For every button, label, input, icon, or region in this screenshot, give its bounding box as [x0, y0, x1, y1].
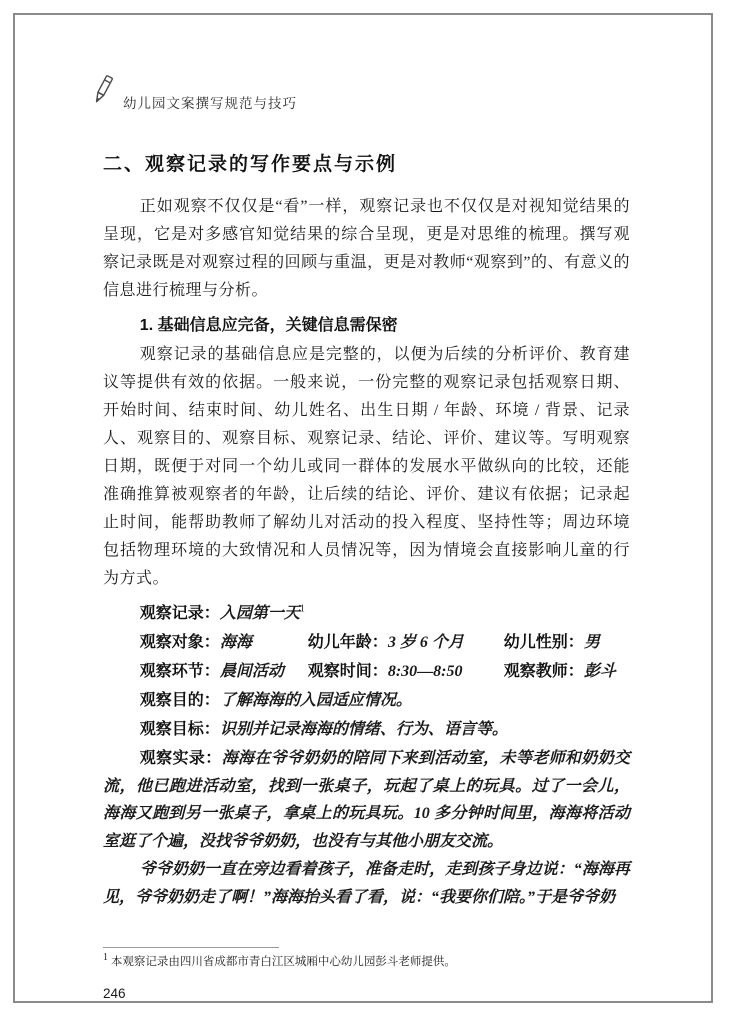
purpose-label: 观察目的：	[140, 692, 220, 709]
age-value: 3 岁 6 个月	[388, 634, 464, 651]
transcript-text-2: 爷爷奶奶一直在旁边看着孩子，准备走时，走到孩子身边说：“海海再见，爷爷奶奶走了啊…	[103, 861, 630, 906]
section-title: 二、观察记录的写作要点与示例	[103, 149, 630, 176]
teacher-label: 观察教师：	[504, 663, 584, 680]
record-row-purpose: 观察目的：了解海海的入园适应情况。	[140, 686, 630, 715]
gender-value: 男	[584, 634, 600, 651]
age-label: 幼儿年龄：	[308, 634, 388, 651]
footnote-mark: 1	[103, 952, 108, 963]
subject-value: 海海	[220, 634, 252, 651]
record-row-session: 观察环节：晨间活动 观察时间：8:30—8:50 观察教师：彭斗	[140, 657, 630, 686]
record-title-row: 观察记录：入园第一天1	[140, 599, 630, 628]
gender-label: 幼儿性别：	[504, 634, 584, 651]
session-label: 观察环节：	[140, 663, 220, 680]
footnote-separator	[103, 947, 279, 948]
subsection-paragraph: 观察记录的基础信息应是完整的，以便为后续的分析评价、教育建议等提供有效的依据。一…	[103, 341, 630, 593]
footnote-text: 1 本观察记录由四川省成都市青白江区城厢中心幼儿园彭斗老师提供。	[103, 954, 630, 970]
goal-value: 识别并记录海海的情绪、行为、语言等。	[220, 721, 508, 738]
transcript-label: 观察实录：	[140, 750, 222, 767]
goal-label: 观察目标：	[140, 721, 220, 738]
teacher-value: 彭斗	[584, 663, 616, 680]
intro-paragraph: 正如观察不仅仅是“看”一样，观察记录也不仅仅是对视知觉结果的呈现，它是对多感官知…	[103, 193, 630, 305]
time-label: 观察时间：	[308, 663, 388, 680]
page-number: 246	[103, 986, 630, 1001]
record-title-value: 入园第一天	[220, 605, 300, 622]
pencil-icon	[87, 72, 117, 115]
running-head-title: 幼儿园文案撰写规范与技巧	[123, 92, 297, 115]
transcript-paragraph-2: 爷爷奶奶一直在旁边看着孩子，准备走时，走到孩子身边说：“海海再见，爷爷奶奶走了啊…	[103, 856, 630, 911]
book-page: 幼儿园文案撰写规范与技巧 二、观察记录的写作要点与示例 正如观察不仅仅是“看”一…	[0, 0, 730, 1020]
footnote-reference: 1	[300, 604, 305, 615]
running-head: 幼儿园文案撰写规范与技巧	[87, 75, 630, 115]
purpose-value: 了解海海的入园适应情况。	[220, 692, 412, 709]
page-content: 幼儿园文案撰写规范与技巧 二、观察记录的写作要点与示例 正如观察不仅仅是“看”一…	[15, 15, 715, 1001]
footnote-body: 本观察记录由四川省成都市青白江区城厢中心幼儿园彭斗老师提供。	[111, 956, 456, 968]
record-row-goal: 观察目标：识别并记录海海的情绪、行为、语言等。	[140, 715, 630, 744]
time-value: 8:30—8:50	[388, 663, 463, 680]
observation-record: 观察记录：入园第一天1 观察对象：海海 幼儿年龄：3 岁 6 个月 幼儿性别：男…	[103, 599, 630, 744]
record-row-subject: 观察对象：海海 幼儿年龄：3 岁 6 个月 幼儿性别：男	[140, 628, 630, 657]
record-title-label: 观察记录：	[140, 605, 220, 622]
subsection-heading: 1. 基础信息应完备，关键信息需保密	[103, 312, 630, 335]
footnote: 1 本观察记录由四川省成都市青白江区城厢中心幼儿园彭斗老师提供。	[103, 947, 630, 970]
subject-label: 观察对象：	[140, 634, 220, 651]
transcript-paragraph-1: 观察实录：海海在爷爷奶奶的陪同下来到活动室，未等老师和奶奶交流，他已跑进活动室，…	[103, 745, 630, 855]
session-value: 晨间活动	[220, 663, 284, 680]
